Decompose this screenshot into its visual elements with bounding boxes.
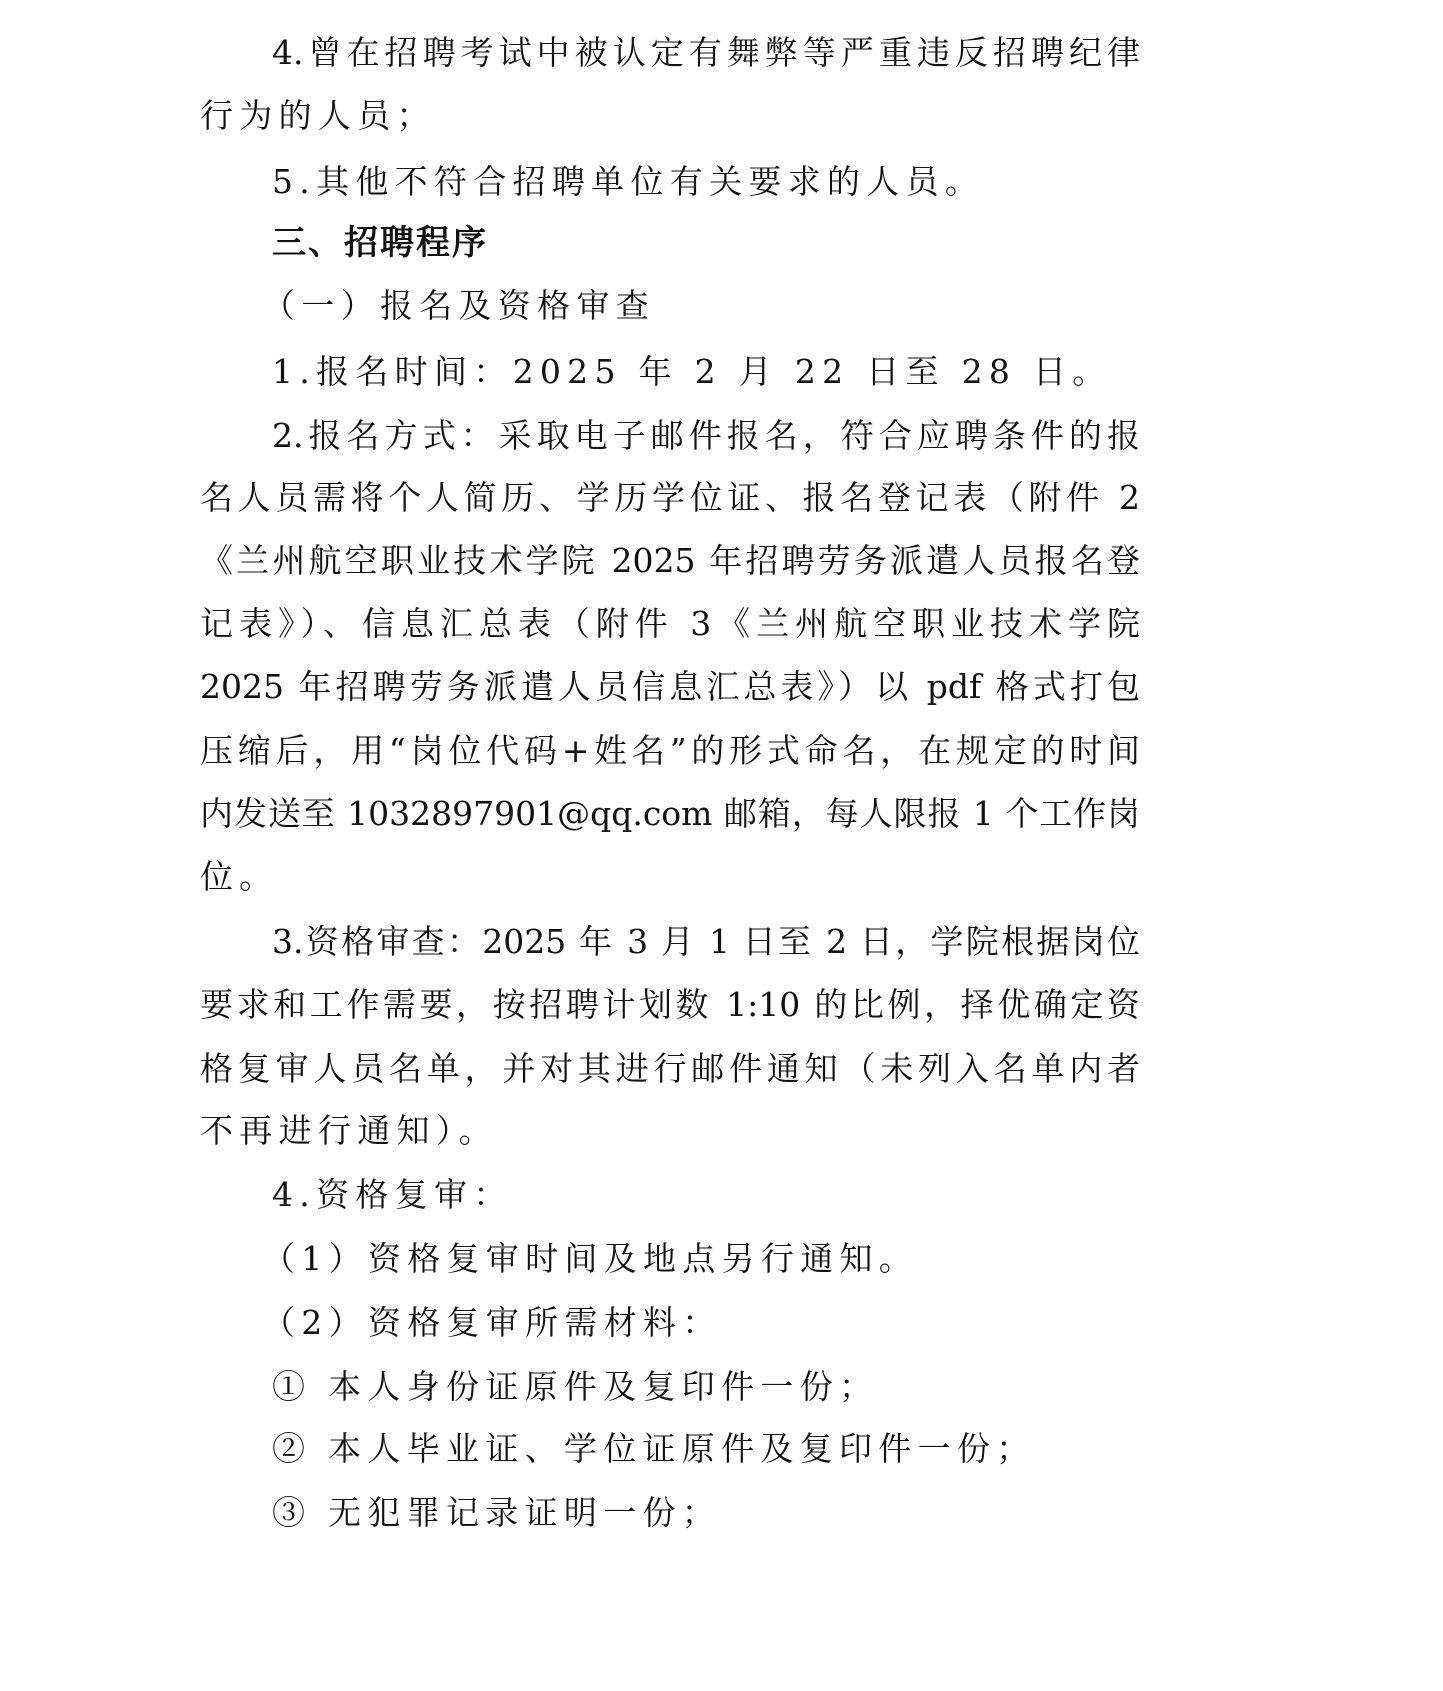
re-review-materials-heading: （2）资格复审所需材料： <box>262 1291 1140 1354</box>
subsection-heading-registration: （一）报名及资格审查 <box>262 274 1140 337</box>
item-4-cheating-line1: 4.曾在招聘考试中被认定有舞弊等严重违反招聘纪律 <box>272 21 1140 84</box>
qualification-review-line3: 格复审人员名单，并对其进行邮件通知（未列入名单内者 <box>200 1037 1140 1100</box>
registration-method-line8: 位。 <box>200 845 1140 908</box>
registration-method-line6: 压缩后，用“岗位代码+姓名”的形式命名，在规定的时间 <box>200 719 1140 782</box>
registration-method-email-line: 内发送至 1032897901@qq.com 邮箱，每人限报 1 个工作岗 <box>200 782 1140 845</box>
material-item-no-criminal-record: ③ 无犯罪记录证明一份； <box>272 1481 1140 1544</box>
section-heading-recruitment-procedure: 三、招聘程序 <box>272 212 1140 275</box>
qualification-review-line1: 3.资格审查：2025 年 3 月 1 日至 2 日，学院根据岗位 <box>272 910 1140 973</box>
registration-time: 1.报名时间：2025 年 2 月 22 日至 28 日。 <box>272 340 1140 403</box>
registration-method-line4: 记表》）、信息汇总表（附件 3《兰州航空职业技术学院 <box>200 592 1140 655</box>
item-5-other: 5.其他不符合招聘单位有关要求的人员。 <box>272 150 1140 213</box>
qualification-review-line2: 要求和工作需要，按招聘计划数 1:10 的比例，择优确定资 <box>200 973 1140 1036</box>
registration-method-line5: 2025 年招聘劳务派遣人员信息汇总表》）以 pdf 格式打包 <box>200 655 1140 718</box>
registration-method-line2: 名人员需将个人简历、学历学位证、报名登记表（附件 2 <box>200 466 1140 529</box>
registration-method-line1: 2.报名方式：采取电子邮件报名，符合应聘条件的报 <box>272 404 1140 467</box>
material-item-id-card: ① 本人身份证原件及复印件一份； <box>272 1355 1140 1418</box>
document-page: 4.曾在招聘考试中被认定有舞弊等严重违反招聘纪律 行为的人员； 5.其他不符合招… <box>0 0 1443 1691</box>
qualification-review-line4: 不再进行通知）。 <box>200 1099 1140 1162</box>
material-item-diploma: ② 本人毕业证、学位证原件及复印件一份； <box>272 1417 1140 1480</box>
re-review-time-place: （1）资格复审时间及地点另行通知。 <box>262 1227 1140 1290</box>
re-review-heading: 4.资格复审： <box>272 1163 1140 1226</box>
registration-method-line3: 《兰州航空职业技术学院 2025 年招聘劳务派遣人员报名登 <box>200 529 1140 592</box>
item-4-cheating-line2: 行为的人员； <box>200 84 1140 147</box>
